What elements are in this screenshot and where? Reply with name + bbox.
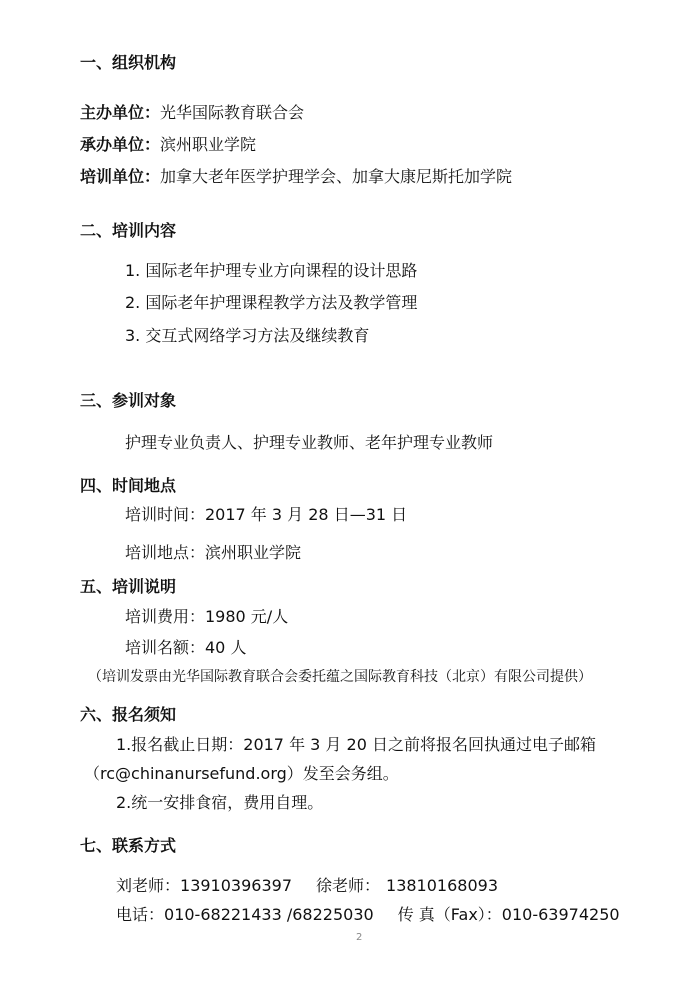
training-place: 培训地点：滨州职业学院 xyxy=(125,543,301,563)
org-trainer-label: 培训单位： xyxy=(80,167,160,186)
org-organizer-value: 滨州职业学院 xyxy=(160,135,256,154)
fax-label: 传 真（Fax）： xyxy=(398,905,502,924)
phone-value: 010-68221433 /68225030 xyxy=(164,905,374,924)
training-fee: 培训费用：1980 元/人 xyxy=(125,607,288,627)
org-row-trainer: 培训单位：加拿大老年医学护理学会、加拿大康尼斯托加学院 xyxy=(80,167,512,187)
section-heading-contact: 七、联系方式 xyxy=(80,836,176,856)
training-quota: 培训名额：40 人 xyxy=(125,638,246,658)
section-heading-content: 二、培训内容 xyxy=(80,221,176,241)
teacher1-phone: 13910396397 xyxy=(180,876,292,895)
fax-value: 010-63974250 xyxy=(502,905,620,924)
contact-teachers: 刘老师：13910396397徐老师：13810168093 xyxy=(116,876,498,896)
org-organizer-label: 承办单位： xyxy=(80,135,160,154)
phone-label: 电话： xyxy=(116,905,164,924)
section-heading-time-place: 四、时间地点 xyxy=(80,476,176,496)
invoice-note: （培训发票由光华国际教育联合会委托蕴之国际教育科技（北京）有限公司提供） xyxy=(88,667,592,687)
section-heading-notes: 五、培训说明 xyxy=(80,577,176,597)
teacher2-label: 徐老师： xyxy=(316,876,380,895)
org-row-organizer: 承办单位：滨州职业学院 xyxy=(80,135,256,155)
section-heading-audience: 三、参训对象 xyxy=(80,391,176,411)
content-item: 2. 国际老年护理课程教学方法及教学管理 xyxy=(125,293,417,313)
training-time: 培训时间：2017 年 3 月 28 日—31 日 xyxy=(125,505,407,525)
org-row-host: 主办单位：光华国际教育联合会 xyxy=(80,103,304,123)
page-number: 2 xyxy=(356,932,362,943)
teacher2-phone: 13810168093 xyxy=(386,876,498,895)
org-host-value: 光华国际教育联合会 xyxy=(160,103,304,122)
section-heading-org: 一、组织机构 xyxy=(80,53,176,73)
registration-deadline-line2: （rc@chinanursefund.org）发至会务组。 xyxy=(84,764,399,784)
content-item: 1. 国际老年护理专业方向课程的设计思路 xyxy=(125,261,417,281)
org-host-label: 主办单位： xyxy=(80,103,160,122)
contact-phone-fax: 电话：010-68221433 /68225030传 真（Fax）：010-63… xyxy=(116,905,620,925)
audience-text: 护理专业负责人、护理专业教师、老年护理专业教师 xyxy=(125,433,493,453)
teacher1-label: 刘老师： xyxy=(116,876,180,895)
registration-deadline-line1: 1.报名截止日期：2017 年 3 月 20 日之前将报名回执通过电子邮箱 xyxy=(116,735,596,755)
section-heading-registration: 六、报名须知 xyxy=(80,705,176,725)
registration-accommodation: 2.统一安排食宿，费用自理。 xyxy=(116,793,323,813)
org-trainer-value: 加拿大老年医学护理学会、加拿大康尼斯托加学院 xyxy=(160,167,512,186)
content-item: 3. 交互式网络学习方法及继续教育 xyxy=(125,326,369,346)
